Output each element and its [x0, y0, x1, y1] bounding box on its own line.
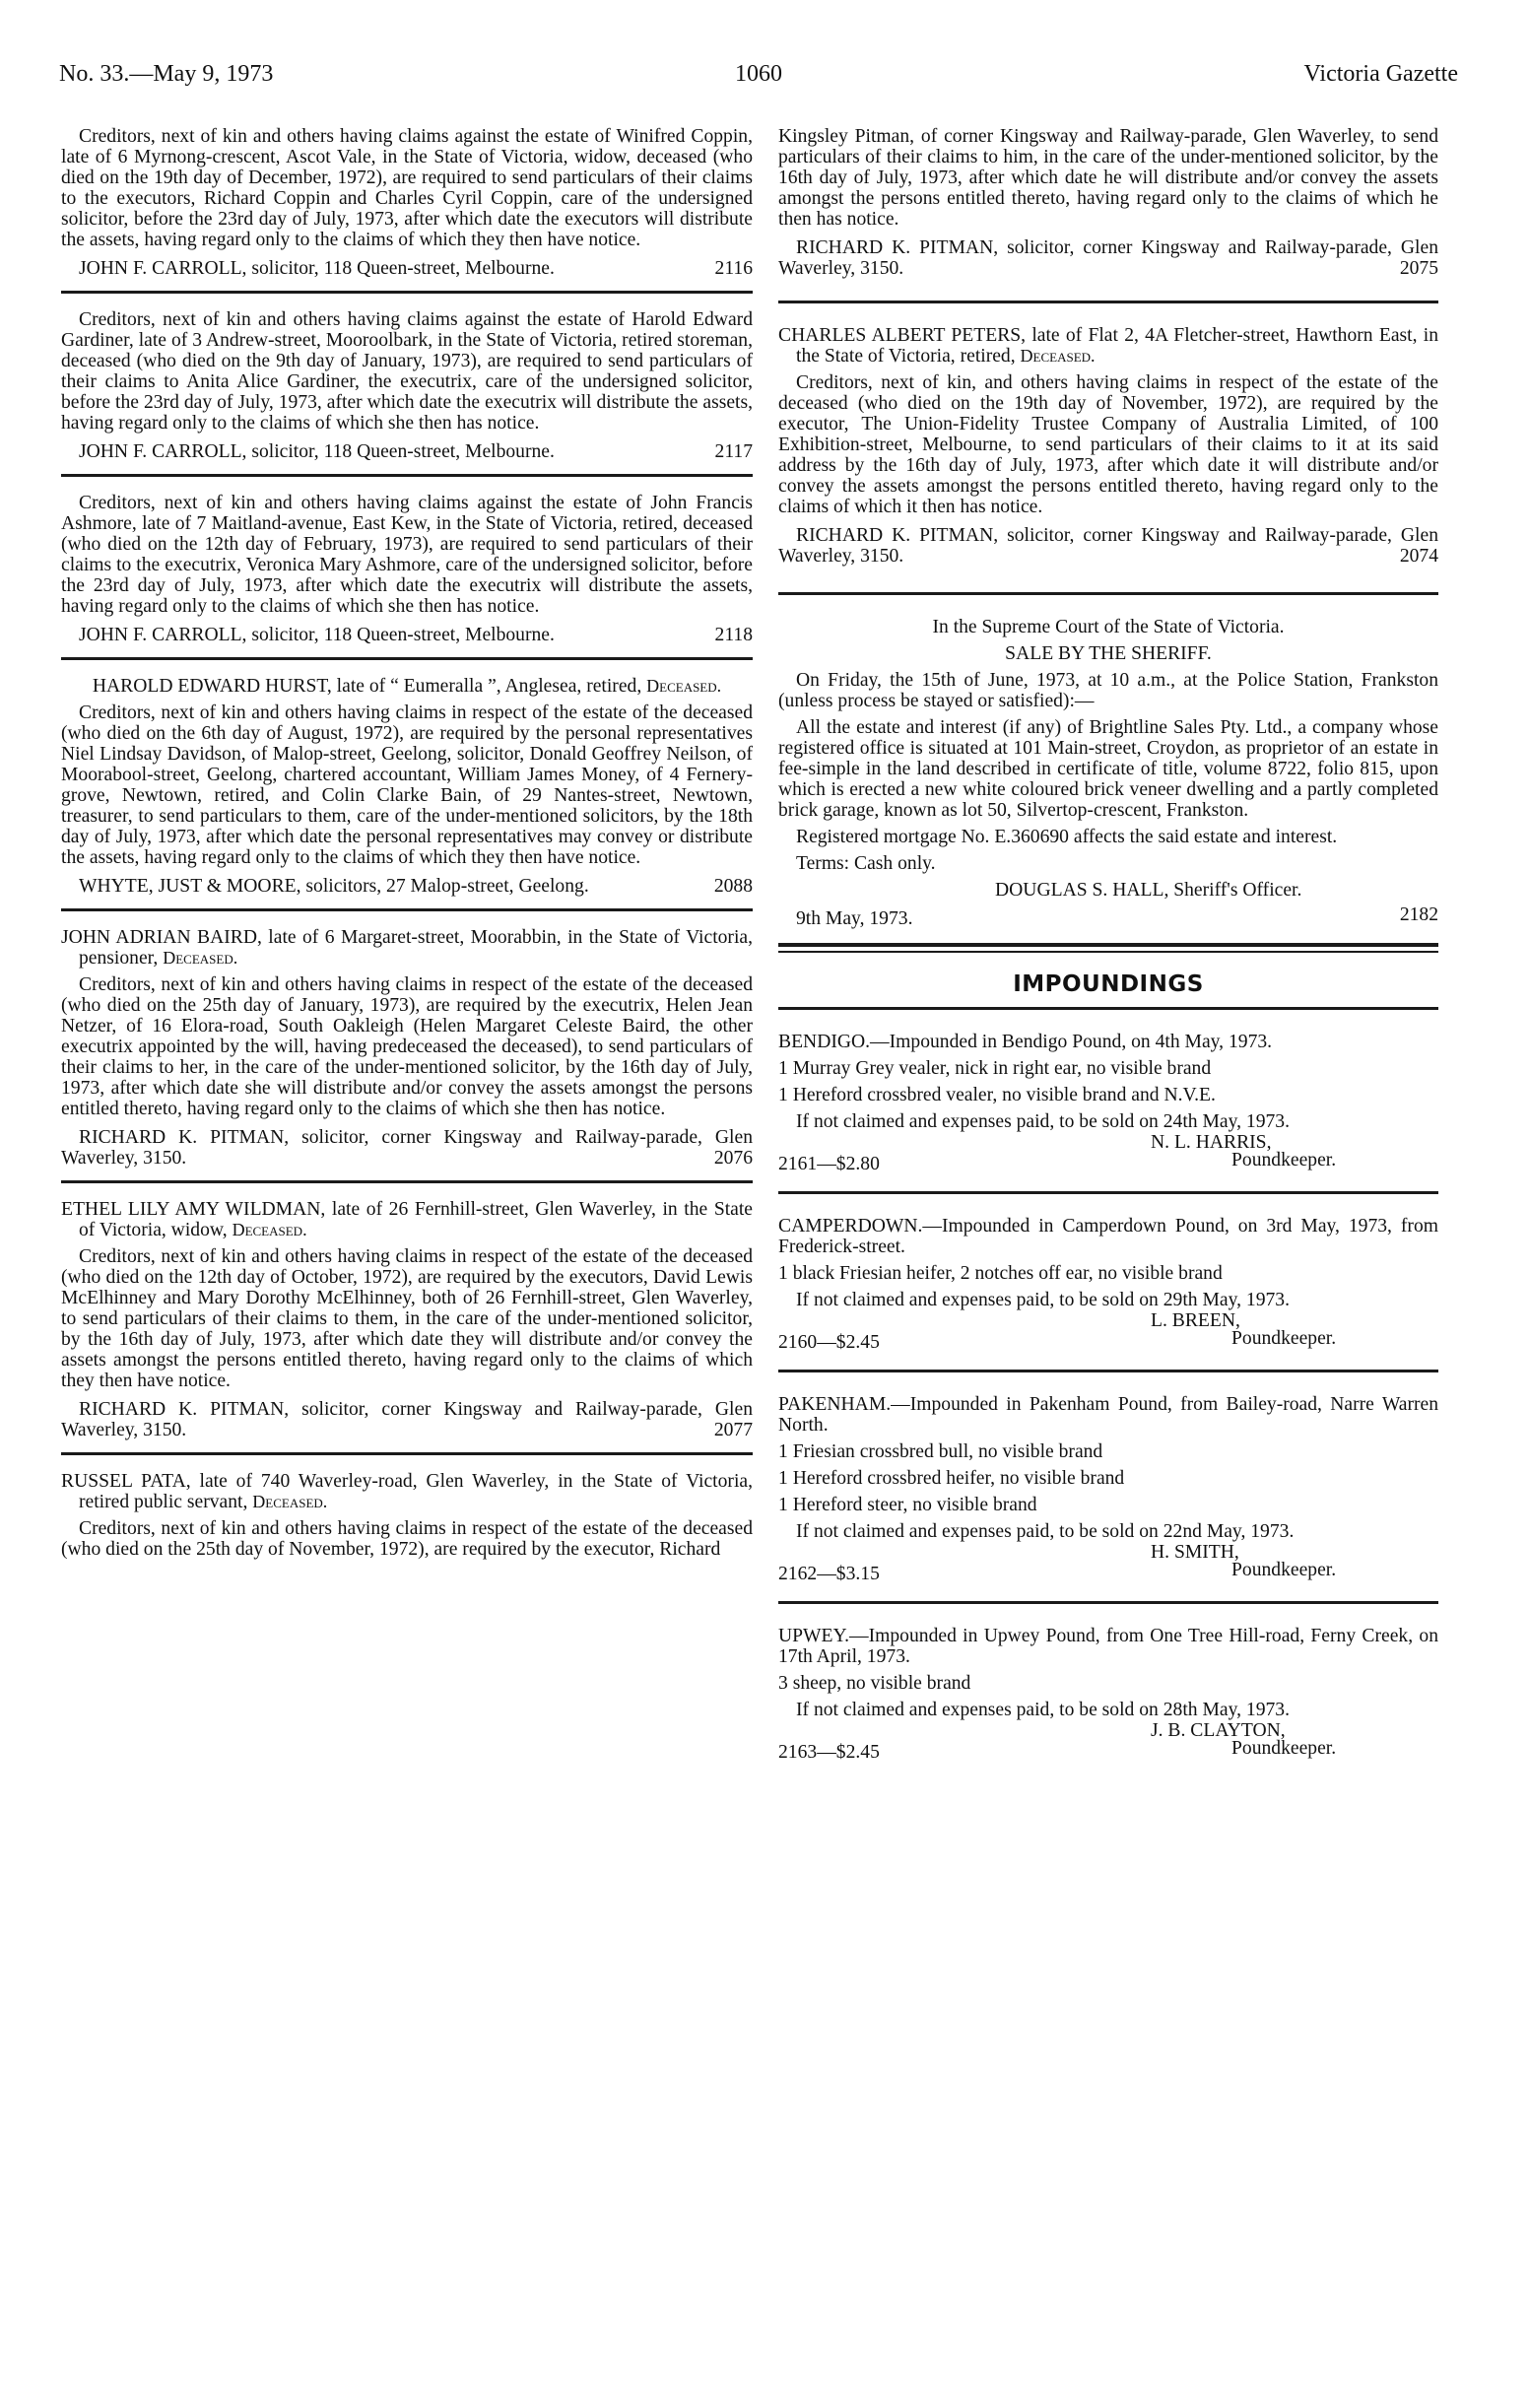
- impounded-animal: 1 Friesian crossbred bull, no visible br…: [778, 1441, 1438, 1462]
- solicitor-signature: WHYTE, JUST & MOORE, solicitors, 27 Malo…: [61, 876, 753, 897]
- impoundings-title: IMPOUNDINGS: [778, 974, 1438, 995]
- divider: [61, 474, 753, 477]
- impound-intro: BENDIGO.—Impounded in Bendigo Pound, on …: [778, 1032, 1438, 1052]
- divider: [61, 1452, 753, 1455]
- impound-sale-notice: If not claimed and expenses paid, to be …: [778, 1521, 1438, 1542]
- notice-ref-number: 2077: [697, 1420, 753, 1440]
- notice-pata: RUSSEL PATA, late of 740 Waverley-road, …: [61, 1471, 753, 1560]
- court-name: In the Supreme Court of the State of Vic…: [778, 617, 1438, 637]
- impound-intro: UPWEY.—Impounded in Upwey Pound, from On…: [778, 1626, 1438, 1667]
- impound-items: 1 Friesian crossbred bull, no visible br…: [778, 1441, 1438, 1515]
- poundkeeper-signature: L. BREEN, Poundkeeper. 2160—$2.45: [778, 1310, 1438, 1354]
- notice-ref-number: 2117: [698, 441, 753, 462]
- impound-items: 1 black Friesian heifer, 2 notches off e…: [778, 1263, 1438, 1284]
- solicitor-signature: RICHARD K. PITMAN, solicitor, corner Kin…: [61, 1399, 753, 1440]
- divider: [61, 908, 753, 911]
- notice-pata-continued: Kingsley Pitman, of corner Kingsway and …: [778, 126, 1438, 279]
- notice-body: Creditors, next of kin and others having…: [61, 974, 753, 1119]
- notice-ref-number: 2118: [698, 625, 753, 645]
- notice-ref-number: 2076: [697, 1148, 753, 1169]
- notice-wildman: ETHEL LILY AMY WILDMAN, late of 26 Fernh…: [61, 1199, 753, 1440]
- poundkeeper-name: L. BREEN,: [1151, 1310, 1240, 1331]
- poundkeeper-signature: H. SMITH, Poundkeeper. 2162—$3.15: [778, 1542, 1438, 1585]
- notice-peters: CHARLES ALBERT PETERS, late of Flat 2, 4…: [778, 325, 1438, 567]
- impound-fee: 2163—$2.45: [778, 1742, 880, 1763]
- impounded-animal: 1 Hereford crossbred vealer, no visible …: [778, 1085, 1438, 1105]
- notice-ref-number: 2075: [1382, 258, 1438, 279]
- impounded-animal: 1 Murray Grey vealer, nick in right ear,…: [778, 1058, 1438, 1079]
- divider: [778, 1370, 1438, 1372]
- impound-list: BENDIGO.—Impounded in Bendigo Pound, on …: [778, 1032, 1438, 1764]
- notice-body: Creditors, next of kin and others having…: [61, 702, 753, 868]
- impound-intro: CAMPERDOWN.—Impounded in Camperdown Poun…: [778, 1216, 1438, 1257]
- page-number: 1060: [59, 61, 1458, 88]
- notice-coppin: Creditors, next of kin and others having…: [61, 126, 753, 279]
- notice-ref-number: 2074: [1382, 546, 1438, 567]
- divider: [778, 301, 1438, 303]
- impounded-animal: 1 Hereford steer, no visible brand: [778, 1495, 1438, 1515]
- notice-body: Creditors, next of kin and others having…: [61, 493, 753, 617]
- notice-body: Creditors, next of kin and others having…: [61, 1246, 753, 1391]
- notice-heading: JOHN ADRIAN BAIRD, late of 6 Margaret-st…: [61, 927, 753, 969]
- notice-heading: HAROLD EDWARD HURST, late of “ Eumeralla…: [61, 676, 753, 697]
- impound-entry: PAKENHAM.—Impounded in Pakenham Pound, f…: [778, 1394, 1438, 1585]
- notice-heading: RUSSEL PATA, late of 740 Waverley-road, …: [61, 1471, 753, 1512]
- impound-entry: CAMPERDOWN.—Impounded in Camperdown Poun…: [778, 1216, 1438, 1354]
- notice-hurst: HAROLD EDWARD HURST, late of “ Eumeralla…: [61, 676, 753, 897]
- impound-entry: BENDIGO.—Impounded in Bendigo Pound, on …: [778, 1032, 1438, 1175]
- solicitor-signature: JOHN F. CARROLL, solicitor, 118 Queen-st…: [61, 625, 753, 645]
- sheriff-sale-notice: In the Supreme Court of the State of Vic…: [778, 617, 1438, 929]
- sale-property-description: All the estate and interest (if any) of …: [778, 717, 1438, 821]
- impound-sale-notice: If not claimed and expenses paid, to be …: [778, 1111, 1438, 1132]
- notice-gardiner: Creditors, next of kin and others having…: [61, 309, 753, 462]
- notice-ref-number: 2088: [697, 876, 753, 897]
- divider: [778, 592, 1438, 595]
- impound-fee: 2160—$2.45: [778, 1332, 880, 1353]
- solicitor-signature: RICHARD K. PITMAN, solicitor, corner Kin…: [778, 525, 1438, 567]
- sale-mortgage-note: Registered mortgage No. E.360690 affects…: [778, 827, 1438, 847]
- poundkeeper-title: Poundkeeper.: [1231, 1328, 1336, 1349]
- notice-heading: ETHEL LILY AMY WILDMAN, late of 26 Fernh…: [61, 1199, 753, 1240]
- impound-sale-notice: If not claimed and expenses paid, to be …: [778, 1290, 1438, 1310]
- divider: [61, 291, 753, 294]
- section-divider: [778, 943, 1438, 953]
- poundkeeper-signature: N. L. HARRIS, Poundkeeper. 2161—$2.80: [778, 1132, 1438, 1175]
- poundkeeper-name: H. SMITH,: [1151, 1542, 1239, 1563]
- impound-items: 3 sheep, no visible brand: [778, 1673, 1438, 1694]
- notice-body: Creditors, next of kin and others having…: [61, 309, 753, 434]
- impound-entry: UPWEY.—Impounded in Upwey Pound, from On…: [778, 1626, 1438, 1764]
- divider: [61, 657, 753, 660]
- impounded-animal: 1 Hereford crossbred heifer, no visible …: [778, 1468, 1438, 1489]
- left-column: Creditors, next of kin and others having…: [61, 126, 753, 1560]
- impounded-animal: 3 sheep, no visible brand: [778, 1673, 1438, 1694]
- sale-notice-date: 9th May, 1973.2182: [778, 908, 1438, 929]
- solicitor-signature: JOHN F. CARROLL, solicitor, 118 Queen-st…: [61, 441, 753, 462]
- impounded-animal: 1 black Friesian heifer, 2 notches off e…: [778, 1263, 1438, 1284]
- sheriff-officer: DOUGLAS S. HALL, Sheriff's Officer.: [778, 880, 1438, 901]
- divider: [778, 1007, 1438, 1010]
- divider: [778, 1191, 1438, 1194]
- right-column: Kingsley Pitman, of corner Kingsway and …: [778, 126, 1438, 1764]
- impound-fee: 2161—$2.80: [778, 1154, 880, 1174]
- notice-body: Creditors, next of kin, and others havin…: [778, 372, 1438, 517]
- poundkeeper-title: Poundkeeper.: [1231, 1738, 1336, 1759]
- divider: [61, 1180, 753, 1183]
- notice-ref-number: 2116: [698, 258, 753, 279]
- solicitor-signature: RICHARD K. PITMAN, solicitor, corner Kin…: [778, 237, 1438, 279]
- notice-body: Creditors, next of kin and others having…: [61, 126, 753, 250]
- notice-body: Creditors, next of kin and others having…: [61, 1518, 753, 1560]
- notice-heading: CHARLES ALBERT PETERS, late of Flat 2, 4…: [778, 325, 1438, 367]
- solicitor-signature: RICHARD K. PITMAN, solicitor, corner Kin…: [61, 1127, 753, 1169]
- impound-fee: 2162—$3.15: [778, 1564, 880, 1584]
- poundkeeper-signature: J. B. CLAYTON, Poundkeeper. 2163—$2.45: [778, 1720, 1438, 1764]
- solicitor-signature: JOHN F. CARROLL, solicitor, 118 Queen-st…: [61, 258, 753, 279]
- publication-title: Victoria Gazette: [1304, 61, 1458, 88]
- impoundings-section: IMPOUNDINGS BENDIGO.—Impounded in Bendig…: [778, 974, 1438, 1764]
- notice-ref-number: 2182: [1382, 904, 1438, 925]
- notice-baird: JOHN ADRIAN BAIRD, late of 6 Margaret-st…: [61, 927, 753, 1169]
- impound-items: 1 Murray Grey vealer, nick in right ear,…: [778, 1058, 1438, 1105]
- poundkeeper-title: Poundkeeper.: [1231, 1560, 1336, 1580]
- notice-body-continued: Kingsley Pitman, of corner Kingsway and …: [778, 126, 1438, 230]
- sale-terms: Terms: Cash only.: [778, 853, 1438, 874]
- sale-title: SALE BY THE SHERIFF.: [778, 643, 1438, 664]
- impound-sale-notice: If not claimed and expenses paid, to be …: [778, 1700, 1438, 1720]
- divider: [778, 1601, 1438, 1604]
- page-header: No. 33.—May 9, 1973 1060 Victoria Gazett…: [59, 61, 1458, 100]
- poundkeeper-title: Poundkeeper.: [1231, 1150, 1336, 1171]
- notice-ashmore: Creditors, next of kin and others having…: [61, 493, 753, 645]
- sale-date-location: On Friday, the 15th of June, 1973, at 10…: [778, 670, 1438, 711]
- impound-intro: PAKENHAM.—Impounded in Pakenham Pound, f…: [778, 1394, 1438, 1436]
